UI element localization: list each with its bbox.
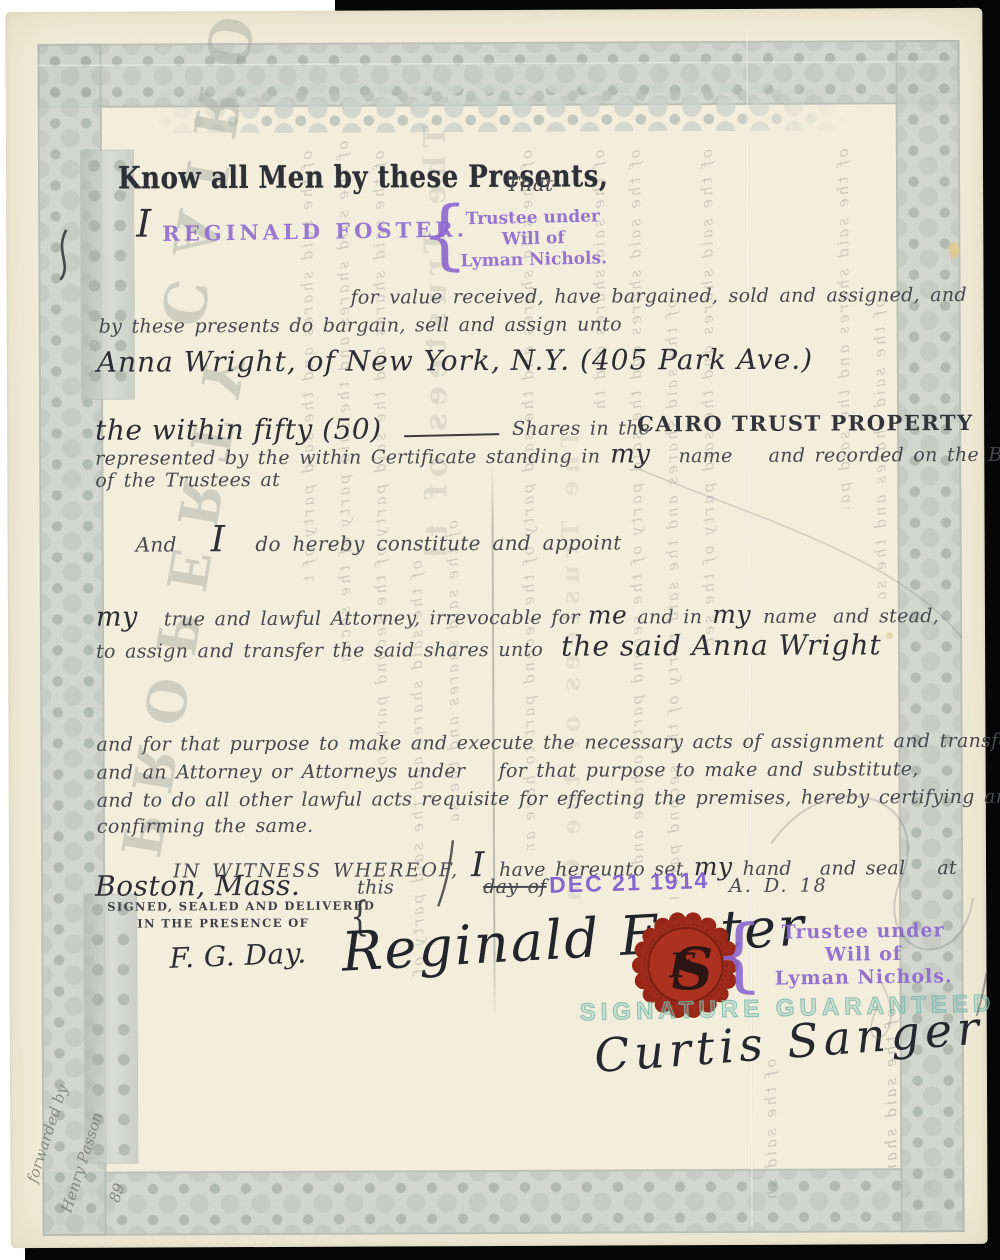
hand-place: Boston, Mass.: [95, 869, 300, 903]
presence-line2: IN THE PRESENCE OF: [137, 916, 309, 931]
body-p2-line4: confirming the same.: [97, 815, 314, 838]
body-p2-line3: and to do all other lawful acts requisit…: [97, 786, 1000, 812]
body-attorney-line1: my true and lawful Attorney, irrevocable…: [96, 598, 939, 633]
stamp-trustee-bottom: Trustee under Will of Lyman Nichols.: [737, 919, 990, 991]
paper: CAIRO TRUST PROPERTY The Trustees of the…: [5, 8, 987, 1248]
body-shares-in: Shares in the: [512, 417, 650, 440]
hand-i-first: I: [136, 202, 152, 246]
body-appoint-line: And I do hereby constitute and appoint: [136, 517, 622, 560]
body-company-name: CAIRO TRUST PROPERTY: [637, 410, 974, 436]
hand-i-second: I: [211, 519, 226, 560]
bleed-script-col: of the said shares and the said party of…: [762, 1059, 781, 1199]
body-value-line1: for value received, have bargained, sold…: [351, 284, 967, 309]
hand-my-2: my: [96, 602, 138, 633]
body-p2-line1: and for that purpose to make and execute…: [96, 730, 1000, 756]
stamp-date: DEC 21 1914: [549, 867, 710, 899]
title-that: That: [506, 172, 553, 196]
body-p2l2a: and an Attorney or Attorneys under: [97, 760, 466, 784]
body-value-line2: by these presents do bargain, sell and a…: [99, 313, 622, 337]
body-represented-line: represented by the within Certificate st…: [95, 438, 1000, 472]
body-att1: true and lawful Attorney, irrevocable fo…: [164, 607, 580, 631]
presence-line1: SIGNED, SEALED AND DELIVERED: [107, 899, 375, 914]
body-stead: and stead,: [833, 605, 939, 627]
body-att2: to assign and transfer the said shares u…: [96, 639, 543, 663]
paper-stain: [886, 632, 893, 639]
body-and: And: [136, 532, 177, 556]
body-p2-line2: and an Attorney or Attorneys under for t…: [97, 758, 919, 784]
stamp-trustee2-line1: Trustee under: [737, 919, 989, 945]
stamp-trustee-line1: Trustee under: [438, 206, 628, 231]
body-rep1: represented by the within Certificate st…: [95, 446, 600, 470]
body-name-word: name: [679, 445, 733, 467]
hand-unto: the said Anna Wright: [561, 628, 882, 662]
body-appoint: do hereby constitute and appoint: [255, 530, 621, 556]
body-witness5: at: [937, 857, 957, 879]
body-attorney-line2: to assign and transfer the said shares u…: [96, 628, 882, 664]
body-rep3: of the Trustees at: [95, 469, 280, 492]
scanned-certificate: CAIRO TRUST PROPERTY The Trustees of the…: [0, 0, 1000, 1260]
body-name-word2: name: [763, 606, 817, 628]
hand-my-3: my: [712, 600, 751, 629]
hand-me: me: [588, 600, 628, 629]
stamp-trustee2-line3: Lyman Nichols.: [738, 965, 990, 991]
bleed-script-col: of the said shares and the said party of…: [698, 149, 718, 649]
border-bottom: [42, 1168, 964, 1236]
body-ad-18: A. D. 18: [729, 875, 828, 897]
hand-witness-signature: F. G. Day.: [169, 936, 307, 974]
stamp-trustee2-line2: Will of: [737, 942, 989, 968]
hand-assignee: Anna Wright, of New York, N.Y. (405 Park…: [97, 343, 813, 379]
body-witness4: and seal: [820, 857, 906, 879]
bleed-blackletter-col2: The Trustees of the Cairo Trust Property: [555, 430, 586, 900]
body-rep2: and recorded on the Books: [769, 444, 1000, 467]
seal-monogram: S: [671, 935, 713, 1003]
stamp-trustee-top: Trustee under Will of Lyman Nichols.: [438, 206, 629, 273]
hand-my-1: my: [610, 439, 650, 469]
body-and-in: and in: [637, 606, 702, 628]
paper-stain: [948, 242, 959, 258]
stamp-trustee-line3: Lyman Nichols.: [439, 248, 629, 273]
body-p2l2b: for that purpose to make and substitute,: [499, 758, 919, 782]
body-day-of: day of: [483, 876, 547, 898]
